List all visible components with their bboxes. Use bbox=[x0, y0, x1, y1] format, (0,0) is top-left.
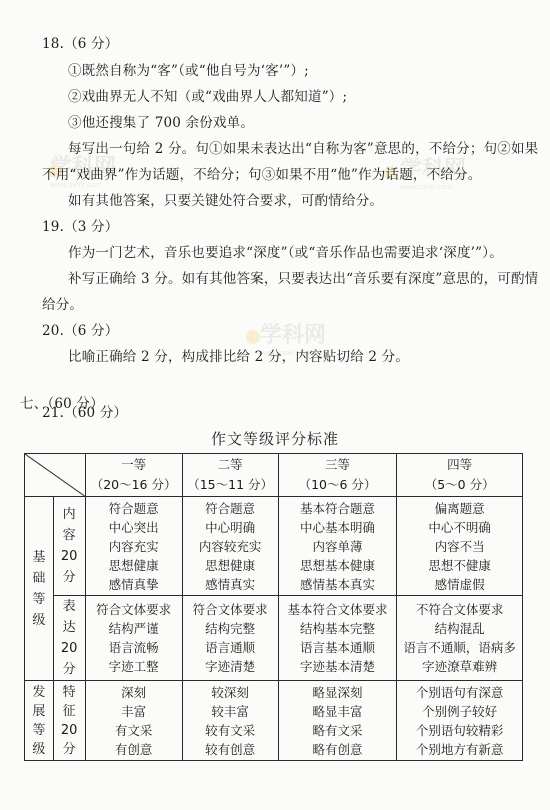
label-char: 等 bbox=[32, 589, 45, 610]
grade-range: （20～16 分） bbox=[91, 475, 177, 495]
criterion: 深刻 bbox=[121, 683, 146, 702]
criterion: 感情基本真实 bbox=[300, 575, 375, 594]
grade-name: 二等 bbox=[218, 455, 243, 475]
q20-heading: 20.（6 分） bbox=[42, 322, 118, 340]
grade-header-3: 三等 （10～6 分） bbox=[278, 454, 397, 497]
q18-answer-3: ③他还搜集了 700 余份戏单。 bbox=[68, 114, 254, 132]
label-char: 20 bbox=[61, 546, 78, 567]
criterion: 有创意 bbox=[115, 740, 153, 759]
criterion: 基本符合题意 bbox=[300, 499, 375, 518]
grade-name: 四等 bbox=[447, 455, 472, 475]
q20-scoring-note: 比喻正确给 2 分，构成排比给 2 分，内容贴切给 2 分。 bbox=[68, 348, 409, 366]
table-header-row: 一等 （20～16 分） 二等 （15～11 分） 三等 （10～6 分） 四等… bbox=[25, 454, 523, 497]
criterion: 较深刻 bbox=[211, 683, 249, 702]
label-char: 发 bbox=[32, 683, 45, 702]
q18-scoring-note-cont: 不用“戏曲界”作为话题，不给分；句③如果不用“他”作为话题，不给分。 bbox=[42, 166, 481, 184]
criterion: 丰富 bbox=[121, 702, 146, 721]
criterion: 内容充实 bbox=[109, 537, 159, 556]
criterion: 有文采 bbox=[115, 721, 153, 740]
criterion: 略显深刻 bbox=[313, 683, 363, 702]
label-char: 础 bbox=[32, 568, 45, 589]
criterion: 不符合文体要求 bbox=[416, 600, 504, 619]
label-char: 特 bbox=[63, 683, 76, 702]
label-char: 展 bbox=[32, 702, 45, 721]
criterion: 符合题意 bbox=[109, 499, 159, 518]
label-char: 分 bbox=[63, 740, 76, 759]
features-grade-2-cell: 较深刻 较丰富 较有文采 较有创意 bbox=[182, 681, 278, 761]
grade-range: （5～0 分） bbox=[425, 475, 495, 495]
criterion: 思想不健康 bbox=[428, 556, 491, 575]
criterion: 思想基本健康 bbox=[300, 556, 375, 575]
label-char: 达 bbox=[63, 617, 76, 638]
q21-heading: 21.（60 分） bbox=[42, 404, 127, 422]
criterion: 基本符合文体要求 bbox=[288, 600, 388, 619]
essay-grading-table: 一等 （20～16 分） 二等 （15～11 分） 三等 （10～6 分） 四等… bbox=[24, 453, 523, 761]
criterion: 语言流畅 bbox=[109, 638, 159, 657]
label-char: 容 bbox=[63, 525, 76, 546]
grade-name: 一等 bbox=[121, 455, 146, 475]
criterion: 符合题意 bbox=[205, 499, 255, 518]
grade-header-1: 一等 （20～16 分） bbox=[85, 454, 182, 497]
grade-range: （15～11 分） bbox=[187, 475, 273, 495]
label-char: 分 bbox=[63, 659, 76, 680]
criterion: 符合文体要求 bbox=[193, 600, 268, 619]
label-char: 表 bbox=[63, 596, 76, 617]
criterion: 内容较充实 bbox=[199, 537, 262, 556]
q18-answer-2: ②戏曲界无人不知（或“戏曲界人人都知道”）; bbox=[68, 88, 347, 106]
q18-other-answers-note: 如有其他答案，只要关键处符合要求，可酌情给分。 bbox=[68, 192, 383, 210]
q18-answer-1: ①既然自称为“客”（或“他自号为‘客’”）; bbox=[68, 62, 309, 80]
q18-scoring-note: 每写出一句给 2 分。句①如果未表达出“自称为客”意思的，不给分；句②如果 bbox=[68, 140, 538, 158]
criterion: 思想健康 bbox=[109, 556, 159, 575]
criterion: 语言不通顺，语病多 bbox=[403, 638, 516, 657]
criterion: 字迹工整 bbox=[109, 657, 159, 676]
development-row: 发 展 等 级 特 征 20 分 深刻 丰富 有文采 有创意 较 bbox=[25, 681, 523, 761]
q19-answer: 作为一门艺术，音乐也要追求“深度”（或“音乐作品也需要追求‘深度’”）。 bbox=[68, 244, 503, 262]
criterion: 结构严谨 bbox=[109, 619, 159, 638]
features-label: 特 征 20 分 bbox=[53, 681, 85, 761]
content-row: 基 础 等 级 内 容 20 分 符合题意 中心突出 内容充实 思想健康 感情真… bbox=[25, 497, 523, 596]
content-grade-3-cell: 基本符合题意 中心基本明确 内容单薄 思想基本健康 感情基本真实 bbox=[278, 497, 397, 596]
expression-grade-4-cell: 不符合文体要求 结构混乱 语言不通顺，语病多 字迹潦草难辨 bbox=[397, 596, 523, 681]
label-char: 20 bbox=[61, 721, 78, 740]
expression-grade-3-cell: 基本符合文体要求 结构基本完整 语言基本通顺 字迹基本清楚 bbox=[278, 596, 397, 681]
criterion: 感情真实 bbox=[205, 575, 255, 594]
criterion: 较有文采 bbox=[205, 721, 255, 740]
grade-header-2: 二等 （15～11 分） bbox=[182, 454, 278, 497]
criterion: 中心明确 bbox=[205, 518, 255, 537]
watermark-url: www.zxxk.com bbox=[400, 183, 466, 191]
criterion: 结构混乱 bbox=[435, 619, 485, 638]
content-grade-1-cell: 符合题意 中心突出 内容充实 思想健康 感情真挚 bbox=[85, 497, 182, 596]
expression-grade-2-cell: 符合文体要求 结构完整 语言通顺 字迹清楚 bbox=[182, 596, 278, 681]
label-char: 等 bbox=[32, 721, 45, 740]
criterion: 语言通顺 bbox=[205, 638, 255, 657]
diagonal-line-icon bbox=[25, 454, 85, 496]
expression-grade-1-cell: 符合文体要求 结构严谨 语言流畅 字迹工整 bbox=[85, 596, 182, 681]
criterion: 字迹基本清楚 bbox=[300, 657, 375, 676]
q19-scoring-note: 补写正确给 3 分。如有其他答案，只要表达出“音乐要有深度”意思的，可酌情 bbox=[68, 270, 538, 288]
content-label: 内 容 20 分 bbox=[53, 497, 85, 596]
features-grade-4-cell: 个别语句有深意 个别例子较好 个别语句较精彩 个别地方有新意 bbox=[397, 681, 523, 761]
criterion: 内容单薄 bbox=[313, 537, 363, 556]
criterion: 语言基本通顺 bbox=[300, 638, 375, 657]
label-char: 内 bbox=[63, 504, 76, 525]
criterion: 字迹潦草难辨 bbox=[422, 657, 497, 676]
label-char: 征 bbox=[63, 702, 76, 721]
q18-heading: 18.（6 分） bbox=[42, 35, 118, 53]
label-char: 级 bbox=[32, 610, 45, 631]
criterion: 结构完整 bbox=[205, 619, 255, 638]
criterion: 个别例子较好 bbox=[422, 702, 497, 721]
criterion: 偏离题意 bbox=[435, 499, 485, 518]
criterion: 个别地方有新意 bbox=[416, 740, 504, 759]
expression-label: 表 达 20 分 bbox=[53, 596, 85, 681]
content-grade-4-cell: 偏离题意 中心不明确 内容不当 思想不健康 感情虚假 bbox=[397, 497, 523, 596]
criterion: 略显丰富 bbox=[313, 702, 363, 721]
watermark-brand: 学科网 bbox=[260, 318, 326, 349]
label-char: 级 bbox=[32, 740, 45, 759]
criterion: 内容不当 bbox=[435, 537, 485, 556]
criterion: 略有创意 bbox=[313, 740, 363, 759]
development-level-label: 发 展 等 级 bbox=[25, 681, 54, 761]
criterion: 中心不明确 bbox=[428, 518, 491, 537]
content-grade-2-cell: 符合题意 中心明确 内容较充实 思想健康 感情真实 bbox=[182, 497, 278, 596]
expression-row: 表 达 20 分 符合文体要求 结构严谨 语言流畅 字迹工整 符合文体要求 结构… bbox=[25, 596, 523, 681]
grade-name: 三等 bbox=[325, 455, 350, 475]
features-grade-1-cell: 深刻 丰富 有文采 有创意 bbox=[85, 681, 182, 761]
grade-range: （10～6 分） bbox=[299, 475, 377, 495]
table-title: 作文等级评分标准 bbox=[0, 428, 550, 449]
criterion: 字迹清楚 bbox=[205, 657, 255, 676]
grade-header-4: 四等 （5～0 分） bbox=[397, 454, 523, 497]
criterion: 略有文采 bbox=[313, 721, 363, 740]
criterion: 中心突出 bbox=[109, 518, 159, 537]
criterion: 结构基本完整 bbox=[300, 619, 375, 638]
features-grade-3-cell: 略显深刻 略显丰富 略有文采 略有创意 bbox=[278, 681, 397, 761]
criterion: 感情真挚 bbox=[109, 575, 159, 594]
criterion: 思想健康 bbox=[205, 556, 255, 575]
criterion: 较丰富 bbox=[211, 702, 249, 721]
watermark-logo-icon bbox=[246, 330, 260, 344]
q19-scoring-note-cont: 给分。 bbox=[42, 296, 83, 314]
criterion: 个别语句较精彩 bbox=[416, 721, 504, 740]
criterion: 感情虚假 bbox=[435, 575, 485, 594]
basic-level-label: 基 础 等 级 bbox=[25, 497, 54, 681]
label-char: 分 bbox=[63, 567, 76, 588]
criterion: 较有创意 bbox=[205, 740, 255, 759]
label-char: 基 bbox=[32, 547, 45, 568]
criterion: 个别语句有深意 bbox=[416, 683, 504, 702]
label-char: 20 bbox=[61, 638, 78, 659]
q19-heading: 19.（3 分） bbox=[42, 218, 118, 236]
diagonal-corner-cell bbox=[25, 454, 86, 497]
criterion: 中心基本明确 bbox=[300, 518, 375, 537]
criterion: 符合文体要求 bbox=[96, 600, 171, 619]
